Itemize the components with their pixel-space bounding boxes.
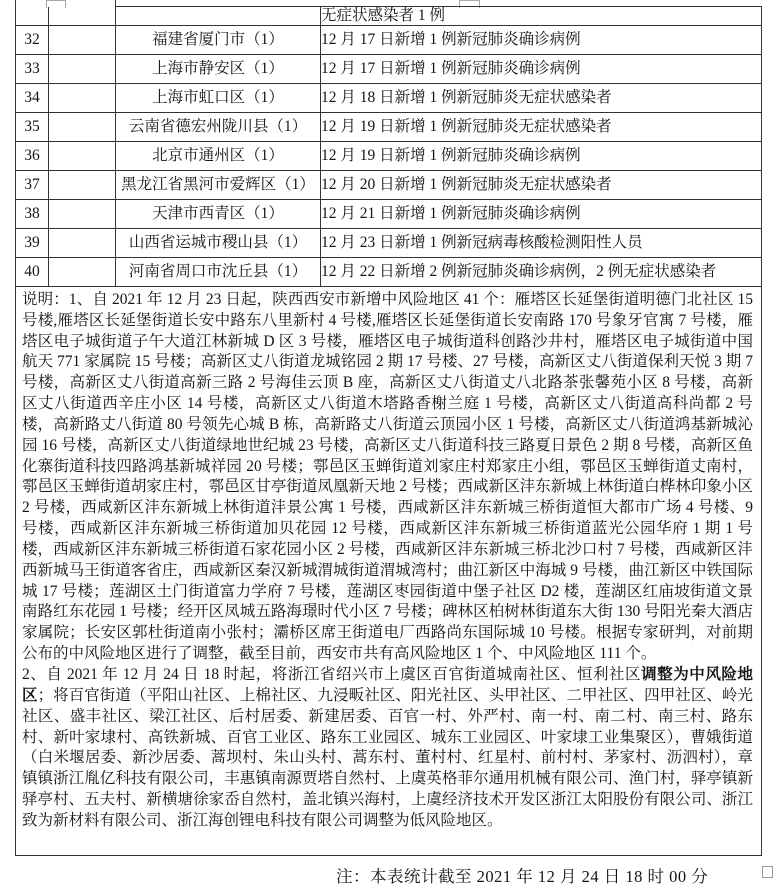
- location-cell: [116, 7, 321, 26]
- table-row: 34 上海市虹口区（1） 12 月 18 日新增 1 例新冠肺炎无症状感染者: [16, 83, 762, 112]
- risk-level-cell: [49, 199, 116, 228]
- paragraph-mark: [762, 866, 773, 878]
- row-number-cell: 38: [16, 199, 49, 228]
- description-cell: 12 月 20 日新增 1 例新冠肺炎无症状感染者: [321, 170, 762, 199]
- row-number-cell: 34: [16, 83, 49, 112]
- risk-level-cell: [49, 54, 116, 83]
- table-row: 40 河南省周口市沈丘县（1） 12 月 22 日新增 2 例新冠肺炎确诊病例，…: [16, 257, 762, 286]
- description-cell: 12 月 23 日新增 1 例新冠病毒核酸检测阳性人员: [321, 228, 762, 257]
- location-cell: 河南省周口市沈丘县（1）: [116, 257, 321, 286]
- explanation-para1-text: 说明：1、自 2021 年 12 月 23 日起，陕西西安市新增中风险地区 41…: [22, 291, 753, 662]
- location-cell: 云南省德宏州陇川县（1）: [116, 112, 321, 141]
- risk-level-cell: [49, 112, 116, 141]
- table-row: 39 山西省运城市稷山县（1） 12 月 23 日新增 1 例新冠病毒核酸检测阳…: [16, 228, 762, 257]
- row-number-cell: 40: [16, 257, 49, 286]
- table-row: 38 天津市西青区（1） 12 月 21 日新增 1 例新冠肺炎确诊病例: [16, 199, 762, 228]
- risk-level-cell: [49, 83, 116, 112]
- table-row-explanation: 说明：1、自 2021 年 12 月 23 日起，陕西西安市新增中风险地区 41…: [16, 286, 762, 855]
- table-row: 37 黑龙江省黑河市爱辉区（1） 12 月 20 日新增 1 例新冠肺炎无症状感…: [16, 170, 762, 199]
- description-cell: 12 月 17 日新增 1 例新冠肺炎确诊病例: [321, 25, 762, 54]
- location-cell: 黑龙江省黑河市爱辉区（1）: [116, 170, 321, 199]
- description-cell: 12 月 22 日新增 2 例新冠肺炎确诊病例，2 例无症状感染者: [321, 257, 762, 286]
- statistics-cutoff-note: 注：本表统计截至 2021 年 12 月 24 日 18 时 00 分: [336, 863, 708, 887]
- risk-level-cell: [49, 7, 116, 26]
- explanation-paragraph-1: 说明：1、自 2021 年 12 月 23 日起，陕西西安市新增中风险地区 41…: [22, 290, 753, 665]
- explanation-text: 说明：1、自 2021 年 12 月 23 日起，陕西西安市新增中风险地区 41…: [16, 287, 761, 832]
- risk-level-cell: [49, 170, 116, 199]
- row-number-cell: 33: [16, 54, 49, 83]
- row-number-cell: 39: [16, 228, 49, 257]
- description-cell: 无症状感染者 1 例: [321, 7, 762, 26]
- explanation-paragraph-2: 2、自 2021 年 12 月 24 日 18 时起，将浙江省绍兴市上虞区百官街…: [22, 665, 753, 832]
- row-number-cell: 37: [16, 170, 49, 199]
- table-row: 32 福建省厦门市（1） 12 月 17 日新增 1 例新冠肺炎确诊病例: [16, 25, 762, 54]
- risk-level-cell: [49, 25, 116, 54]
- row-number-cell: 35: [16, 112, 49, 141]
- location-cell: 天津市西青区（1）: [116, 199, 321, 228]
- location-cell: 上海市虹口区（1）: [116, 83, 321, 112]
- description-cell: 12 月 19 日新增 1 例新冠肺炎无症状感染者: [321, 112, 762, 141]
- description-cell: 12 月 19 日新增 1 例新冠肺炎确诊病例: [321, 141, 762, 170]
- row-number-cell: 32: [16, 25, 49, 54]
- description-cell: 12 月 18 日新增 1 例新冠肺炎无症状感染者: [321, 83, 762, 112]
- row-number-cell: 36: [16, 141, 49, 170]
- location-cell: 北京市通州区（1）: [116, 141, 321, 170]
- location-cell: 山西省运城市稷山县（1）: [116, 228, 321, 257]
- risk-level-cell: [49, 257, 116, 286]
- table-row: 35 云南省德宏州陇川县（1） 12 月 19 日新增 1 例新冠肺炎无症状感染…: [16, 112, 762, 141]
- explanation-cell: 说明：1、自 2021 年 12 月 23 日起，陕西西安市新增中风险地区 41…: [16, 286, 762, 855]
- row-number-cell: [16, 7, 49, 26]
- table-row: 33 上海市静安区（1） 12 月 17 日新增 1 例新冠肺炎确诊病例: [16, 54, 762, 83]
- description-cell: 12 月 21 日新增 1 例新冠肺炎确诊病例: [321, 199, 762, 228]
- table-row: 36 北京市通州区（1） 12 月 19 日新增 1 例新冠肺炎确诊病例: [16, 141, 762, 170]
- description-cell: 12 月 17 日新增 1 例新冠肺炎确诊病例: [321, 54, 762, 83]
- location-cell: 福建省厦门市（1）: [116, 25, 321, 54]
- risk-level-cell: [49, 228, 116, 257]
- risk-level-cell: [49, 141, 116, 170]
- table-row-partial: 无症状感染者 1 例: [16, 7, 762, 26]
- document-page: 无症状感染者 1 例 32 福建省厦门市（1） 12 月 17 日新增 1 例新…: [0, 0, 776, 892]
- risk-area-table: 无症状感染者 1 例 32 福建省厦门市（1） 12 月 17 日新增 1 例新…: [15, 6, 762, 856]
- explanation-para2-tail-text: ；将百官街道（平阳山社区、上棉社区、九浸畈社区、阳光社区、头甲社区、二甲社区、四…: [22, 687, 753, 829]
- explanation-para2-text: 2、自 2021 年 12 月 24 日 18 时起，将浙江省绍兴市上虞区百官街…: [22, 666, 641, 683]
- location-cell: 上海市静安区（1）: [116, 54, 321, 83]
